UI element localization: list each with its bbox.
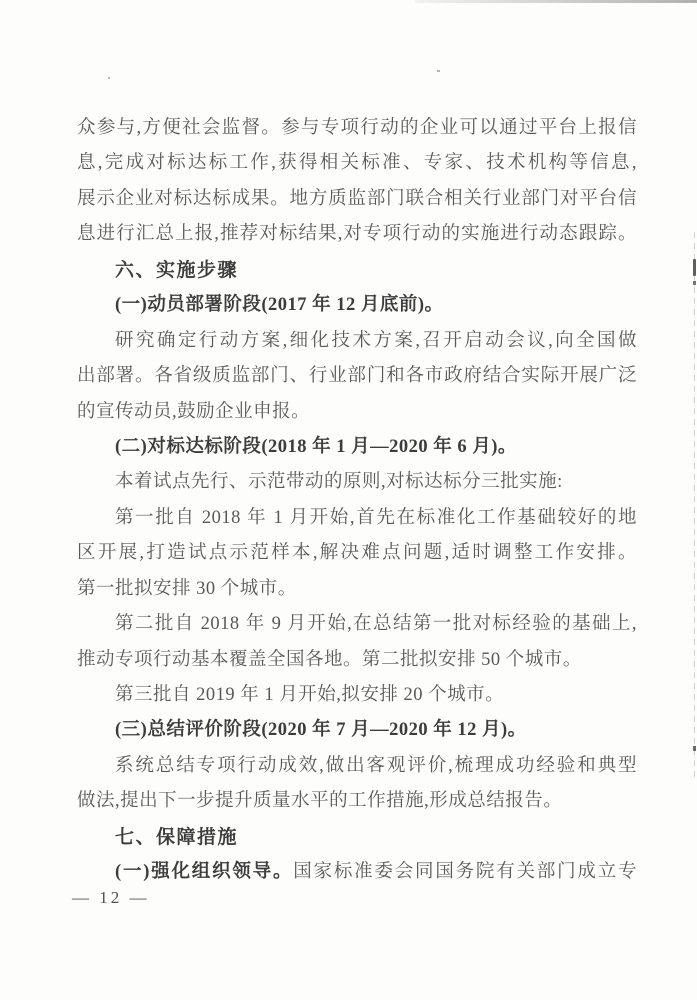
text-line: 本着试点先行、示范带动的原则,对标达标分三批实施: [77,465,637,500]
text-segment: 国家标准委会同国务院有关部门成立专 [293,862,637,882]
text-line: (二)对标达标阶段(2018 年 1 月—2020 年 6 月)。 [77,430,637,465]
text-line: 区开展,打造试点示范样本,解决难点问题,适时调整工作安排。 [77,536,637,571]
text-line: 的宣传动员,鼓励企业申报。 [77,395,637,430]
scan-artifact-speck [108,77,110,79]
text-segment: 息进行汇总上报,推荐对标结果,对专项行动的实施进行动态跟踪。 [77,224,637,244]
text-line: (一)动员部署阶段(2017 年 12 月底前)。 [77,288,637,323]
scan-artifact-top-edge [415,0,697,3]
text-line: 推动专项行动基本覆盖全国各地。第二批拟安排 50 个城市。 [77,643,637,678]
text-segment: 第二批自 2018 年 9 月开始,在总结第一批对标经验的基础上, [115,614,637,634]
document-page: 众参与,方便社会监督。参与专项行动的企业可以通过平台上报信息,完成对标达标工作,… [0,0,697,1000]
text-line: 众参与,方便社会监督。参与专项行动的企业可以通过平台上报信 [77,111,637,146]
scan-artifact-mark [693,746,696,751]
text-segment: (三)总结评价阶段(2020 年 7 月—2020 年 12 月)。 [115,720,527,740]
text-segment: 第三批自 2019 年 1 月开始,拟安排 20 个城市。 [115,685,504,705]
text-segment: 第一批拟安排 30 个城市。 [77,579,297,599]
scan-artifact-mark [693,281,696,285]
text-segment: 做法,提出下一步提升质量水平的工作措施,形成总结报告。 [77,791,562,811]
text-segment: 本着试点先行、示范带动的原则,对标达标分三批实施: [115,472,563,492]
document-body: 众参与,方便社会监督。参与专项行动的企业可以通过平台上报信息,完成对标达标工作,… [77,111,637,891]
text-line: 息进行汇总上报,推荐对标结果,对专项行动的实施进行动态跟踪。 [77,217,637,252]
text-line: 息,完成对标达标工作,获得相关标准、专家、技术机构等信息, [77,146,637,181]
text-segment: (一)强化组织领导。 [115,862,293,882]
text-line: 研究确定行动方案,细化技术方案,召开启动会议,向全国做 [77,324,637,359]
text-segment: 研究确定行动方案,细化技术方案,召开启动会议,向全国做 [115,331,637,351]
text-line: 第三批自 2019 年 1 月开始,拟安排 20 个城市。 [77,678,637,713]
text-segment: 息,完成对标达标工作,获得相关标准、专家、技术机构等信息, [77,153,637,173]
text-segment: 展示企业对标达标成果。地方质监部门联合相关行业部门对平台信 [77,189,637,209]
text-line: 七、保障措施 [77,820,637,855]
text-line: (一)强化组织领导。国家标准委会同国务院有关部门成立专 [77,855,637,890]
text-line: 系统总结专项行动成效,做出客观评价,梳理成功经验和典型 [77,749,637,784]
text-segment: 众参与,方便社会监督。参与专项行动的企业可以通过平台上报信 [77,118,637,138]
text-line: 第二批自 2018 年 9 月开始,在总结第一批对标经验的基础上, [77,607,637,642]
text-line: 第一批拟安排 30 个城市。 [77,572,637,607]
text-segment: 六、实施步骤 [115,260,238,281]
text-line: 六、实施步骤 [77,253,637,288]
text-line: 第一批自 2018 年 1 月开始,首先在标准化工作基础较好的地 [77,501,637,536]
text-segment: 系统总结专项行动成效,做出客观评价,梳理成功经验和典型 [115,756,637,776]
text-segment: 出部署。各省级质监部门、行业部门和各市政府结合实际开展广泛 [77,366,637,386]
text-line: 出部署。各省级质监部门、行业部门和各市政府结合实际开展广泛 [77,359,637,394]
text-segment: (二)对标达标阶段(2018 年 1 月—2020 年 6 月)。 [115,437,517,457]
page-number: — 12 — [72,887,150,909]
text-segment: 的宣传动员,鼓励企业申报。 [77,402,310,422]
text-segment: (一)动员部署阶段(2017 年 12 月底前)。 [115,295,444,315]
scan-artifact-speck [437,70,440,72]
scan-artifact-mark [693,259,696,276]
text-line: 做法,提出下一步提升质量水平的工作措施,形成总结报告。 [77,784,637,819]
text-line: (三)总结评价阶段(2020 年 7 月—2020 年 12 月)。 [77,713,637,748]
text-segment: 第一批自 2018 年 1 月开始,首先在标准化工作基础较好的地 [115,508,637,528]
text-line: 展示企业对标达标成果。地方质监部门联合相关行业部门对平台信 [77,182,637,217]
text-segment: 七、保障措施 [115,827,238,848]
scan-artifact-right-line [694,232,696,778]
text-segment: 推动专项行动基本覆盖全国各地。第二批拟安排 50 个城市。 [77,650,582,670]
text-segment: 区开展,打造试点示范样本,解决难点问题,适时调整工作安排。 [77,543,637,563]
